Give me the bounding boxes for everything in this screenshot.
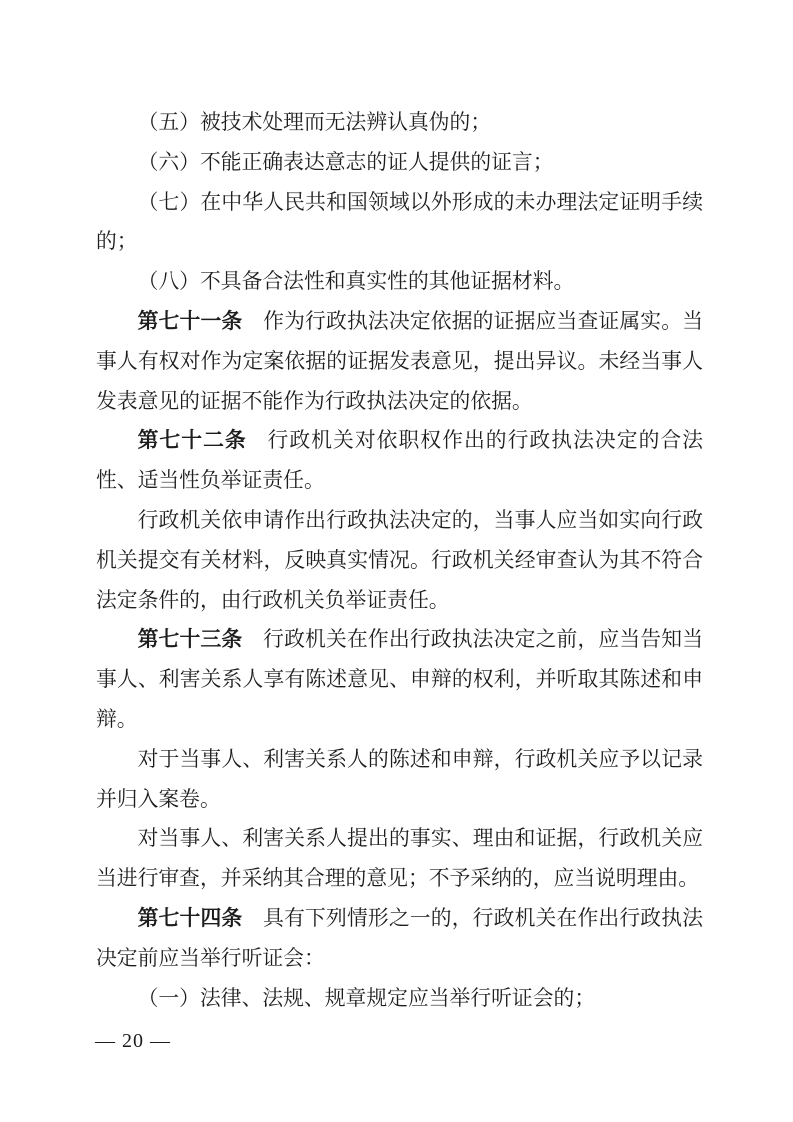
article-paragraph: 第七十四条具有下列情形之一的，行政机关在作出行政执法决定前应当举行听证会： [96,899,703,979]
paragraph-text: （八）不具备合法性和真实性的其他证据材料。 [138,270,575,293]
document-body: （五）被技术处理而无法辨认真伪的；（六）不能正确表达意志的证人提供的证言；（七）… [96,103,703,1018]
article-paragraph: 第七十三条行政机关在作出行政执法决定之前，应当告知当事人、利害关系人享有陈述意见… [96,620,703,739]
page-number: — 20 — [95,1027,171,1055]
article-number-label: 第七十一条 [138,310,243,333]
paragraph-text: 对于当事人、利害关系人的陈述和申辩，行政机关应予以记录并归入案卷。 [96,748,703,811]
paragraph: （七）在中华人民共和国领域以外形成的未办理法定证明手续的； [96,183,703,263]
document-page: （五）被技术处理而无法辨认真伪的；（六）不能正确表达意志的证人提供的证言；（七）… [0,0,793,1122]
article-paragraph: 第七十二条行政机关对依职权作出的行政执法决定的合法性、适当性负举证责任。 [96,421,703,501]
paragraph: （五）被技术处理而无法辨认真伪的； [96,103,703,143]
paragraph-text: （五）被技术处理而无法辨认真伪的； [138,111,492,134]
paragraph-text: （七）在中华人民共和国领域以外形成的未办理法定证明手续的； [96,191,703,254]
paragraph-text: （一）法律、法规、规章规定应当举行听证会的； [138,987,596,1010]
paragraph: （八）不具备合法性和真实性的其他证据材料。 [96,262,703,302]
paragraph-text: 对当事人、利害关系人提出的事实、理由和证据，行政机关应当进行审查，并采纳其合理的… [96,827,703,890]
paragraph: 对当事人、利害关系人提出的事实、理由和证据，行政机关应当进行审查，并采纳其合理的… [96,819,703,899]
paragraph: 行政机关依申请作出行政执法决定的，当事人应当如实向行政机关提交有关材料，反映真实… [96,501,703,620]
article-paragraph: 第七十一条作为行政执法决定依据的证据应当查证属实。当事人有权对作为定案依据的证据… [96,302,703,421]
article-number-label: 第七十四条 [138,907,243,930]
paragraph: （六）不能正确表达意志的证人提供的证言； [96,143,703,183]
article-number-label: 第七十二条 [138,429,247,452]
paragraph: （一）法律、法规、规章规定应当举行听证会的； [96,979,703,1019]
paragraph-text: （六）不能正确表达意志的证人提供的证言； [138,151,554,174]
article-number-label: 第七十三条 [138,628,243,651]
paragraph-text: 行政机关依申请作出行政执法决定的，当事人应当如实向行政机关提交有关材料，反映真实… [96,509,703,612]
paragraph: 对于当事人、利害关系人的陈述和申辩，行政机关应予以记录并归入案卷。 [96,740,703,820]
